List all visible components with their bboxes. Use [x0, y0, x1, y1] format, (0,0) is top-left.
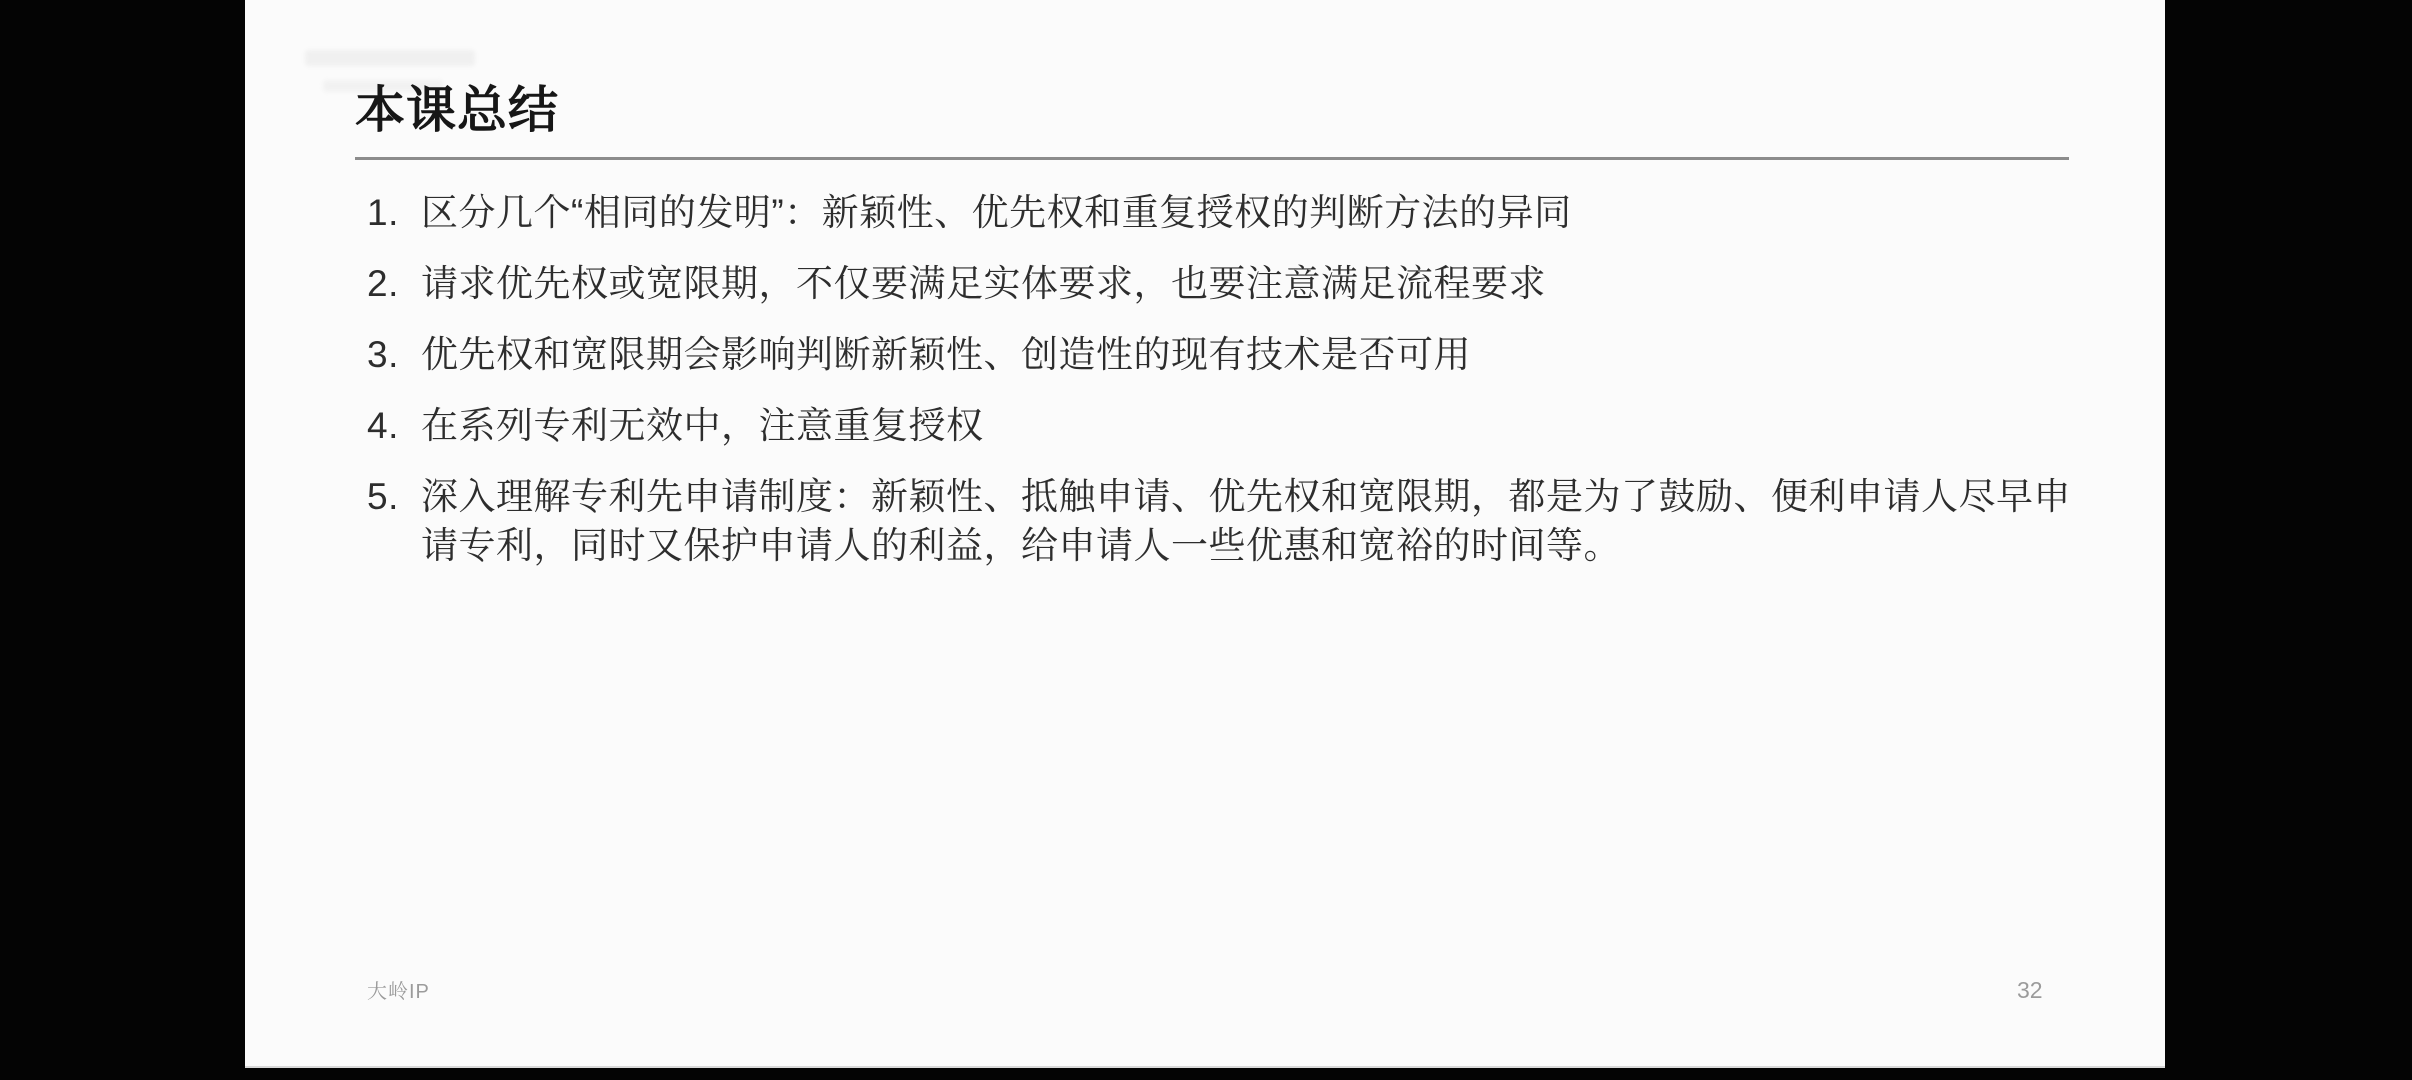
list-item: 3. 优先权和宽限期会影响判断新颖性、创造性的现有技术是否可用 [367, 330, 2102, 379]
list-item-text: 在系列专利无效中，注意重复授权 [421, 401, 2101, 450]
page-title: 本课总结 [355, 82, 559, 138]
list-item: 1. 区分几个“相同的发明”：新颖性、优先权和重复授权的判断方法的异同 [367, 188, 2102, 237]
list-item-number: 5. [367, 472, 421, 521]
list-item-number: 3. [367, 330, 421, 379]
list-item: 2. 请求优先权或宽限期，不仅要满足实体要求，也要注意满足流程要求 [367, 259, 2102, 308]
list-item-number: 2. [367, 259, 421, 308]
video-frame: 本课总结 1. 区分几个“相同的发明”：新颖性、优先权和重复授权的判断方法的异同… [0, 0, 2412, 1080]
footer-brand: 大岭IP [367, 975, 430, 1004]
list-item-text: 区分几个“相同的发明”：新颖性、优先权和重复授权的判断方法的异同 [421, 188, 2101, 237]
list-item-text: 深入理解专利先申请制度：新颖性、抵触申请、优先权和宽限期，都是为了鼓励、便利申请… [421, 472, 2101, 570]
list-item: 4. 在系列专利无效中，注意重复授权 [367, 401, 2102, 450]
list-item-number: 1. [367, 188, 421, 237]
slide-page-number: 32 [2017, 977, 2043, 1004]
list-item-number: 4. [367, 401, 421, 450]
list-item-text: 请求优先权或宽限期，不仅要满足实体要求，也要注意满足流程要求 [421, 259, 2101, 308]
list-item: 5. 深入理解专利先申请制度：新颖性、抵触申请、优先权和宽限期，都是为了鼓励、便… [367, 472, 2102, 570]
title-divider [355, 157, 2069, 160]
presentation-slide: 本课总结 1. 区分几个“相同的发明”：新颖性、优先权和重复授权的判断方法的异同… [245, 0, 2165, 1068]
watermark-mark [305, 50, 475, 66]
list-item-text: 优先权和宽限期会影响判断新颖性、创造性的现有技术是否可用 [421, 330, 2101, 379]
summary-list: 1. 区分几个“相同的发明”：新颖性、优先权和重复授权的判断方法的异同 2. 请… [367, 188, 2102, 592]
